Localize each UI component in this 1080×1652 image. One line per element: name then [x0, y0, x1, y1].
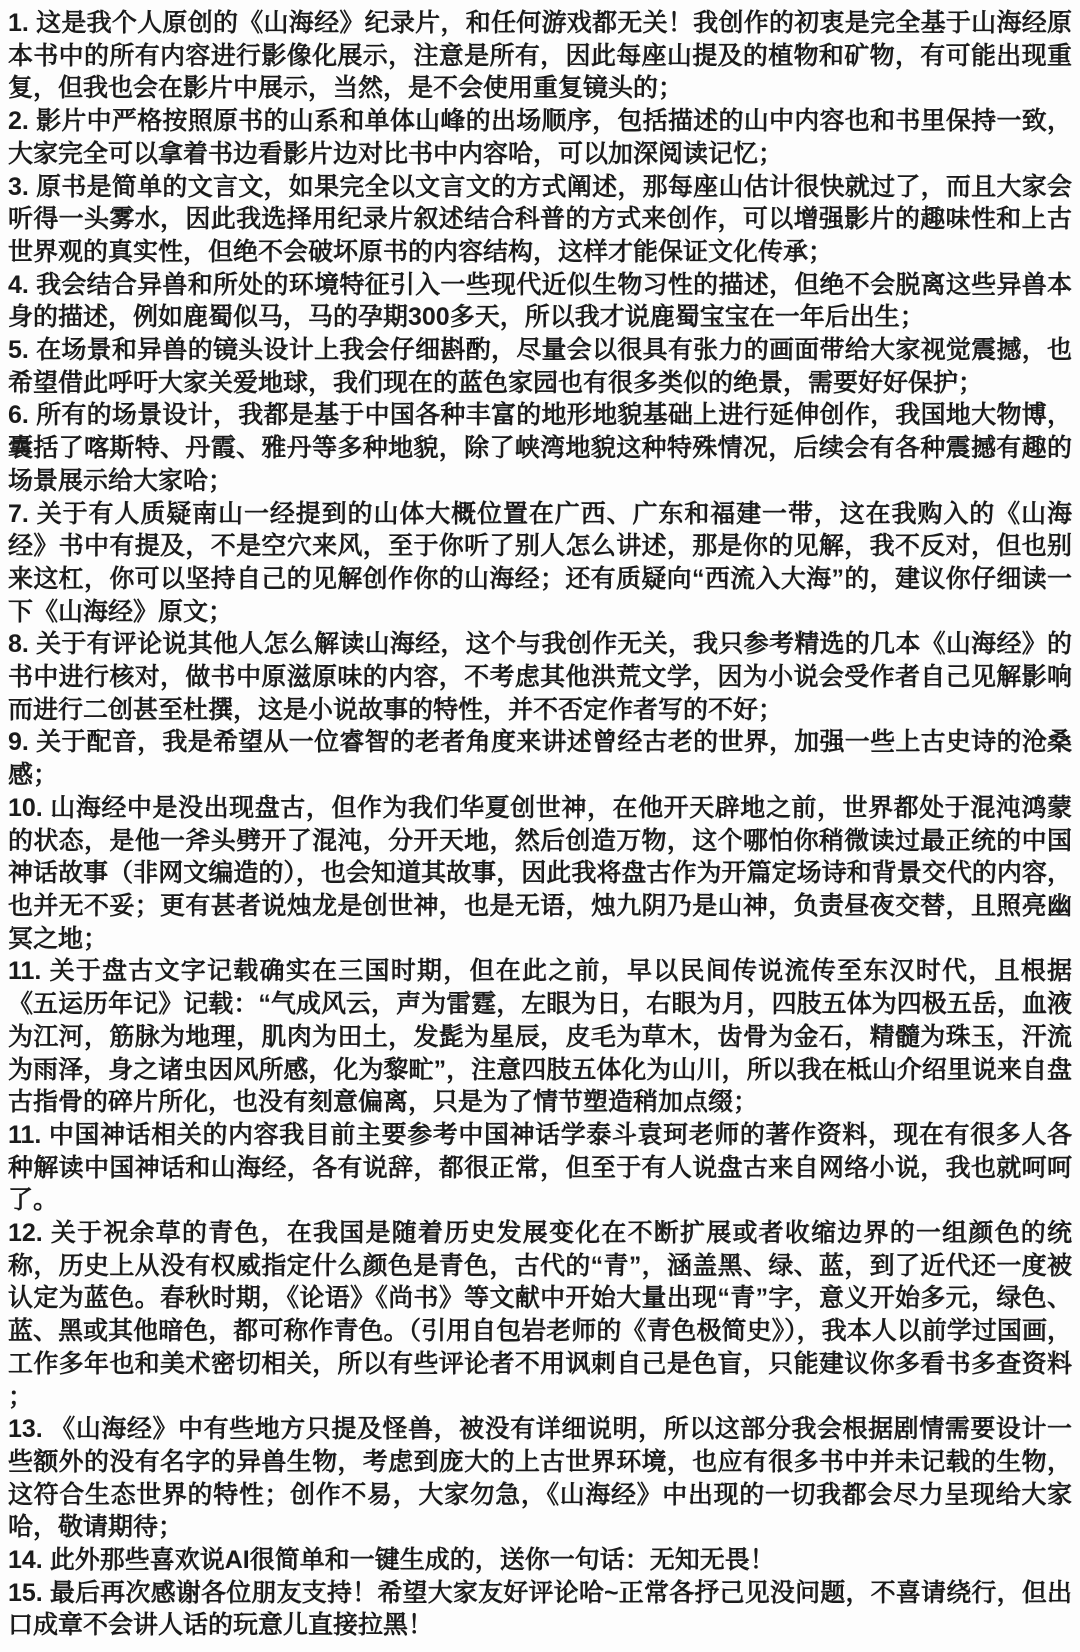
list-item: 14. 此外那些喜欢说AI很简单和一键生成的，送你一句话：无知无畏！	[8, 1544, 1072, 1577]
list-item: 11. 关于盘古文字记载确实在三国时期，但在此之前，早以民间传说流传至东汉时代，…	[8, 955, 1072, 1119]
list-item: 7. 关于有人质疑南山一经提到的山体大概位置在广西、广东和福建一带，这在我购入的…	[8, 498, 1072, 629]
list-item: 6. 所有的场景设计，我都是基于中国各种丰富的地形地貌基础上进行延伸创作，我国地…	[8, 399, 1072, 497]
list-item: 2. 影片中严格按照原书的山系和单体山峰的出场顺序，包括描述的山中内容也和书里保…	[8, 105, 1072, 170]
list-item: 9. 关于配音，我是希望从一位睿智的老者角度来讲述曾经古老的世界，加强一些上古史…	[8, 726, 1072, 791]
list-item: 12. 关于祝余草的青色，在我国是随着历史发展变化在不断扩展或者收缩边界的一组颜…	[8, 1217, 1072, 1413]
list-item: 4. 我会结合异兽和所处的环境特征引入一些现代近似生物习性的描述，但绝不会脱离这…	[8, 269, 1072, 334]
notes-document: 1. 这是我个人原创的《山海经》纪录片，和任何游戏都无关！我创作的初衷是完全基于…	[0, 0, 1080, 1652]
list-item: 1. 这是我个人原创的《山海经》纪录片，和任何游戏都无关！我创作的初衷是完全基于…	[8, 7, 1072, 105]
notes-list: 1. 这是我个人原创的《山海经》纪录片，和任何游戏都无关！我创作的初衷是完全基于…	[8, 7, 1072, 1642]
list-item: 8. 关于有评论说其他人怎么解读山海经，这个与我创作无关，我只参考精选的几本《山…	[8, 628, 1072, 726]
list-item: 13. 《山海经》中有些地方只提及怪兽，被没有详细说明，所以这部分我会根据剧情需…	[8, 1413, 1072, 1544]
list-item: 10. 山海经中是没出现盘古，但作为我们华夏创世神，在他开天辟地之前，世界都处于…	[8, 792, 1072, 956]
list-item: 3. 原书是简单的文言文，如果完全以文言文的方式阐述，那每座山估计很快就过了，而…	[8, 171, 1072, 269]
list-item: 11. 中国神话相关的内容我目前主要参考中国神话学泰斗袁珂老师的著作资料，现在有…	[8, 1119, 1072, 1217]
list-item: 5. 在场景和异兽的镜头设计上我会仔细斟酌，尽量会以很具有张力的画面带给大家视觉…	[8, 334, 1072, 399]
list-item: 15. 最后再次感谢各位朋友支持！希望大家友好评论哈~正常各抒己见没问题，不喜请…	[8, 1577, 1072, 1642]
